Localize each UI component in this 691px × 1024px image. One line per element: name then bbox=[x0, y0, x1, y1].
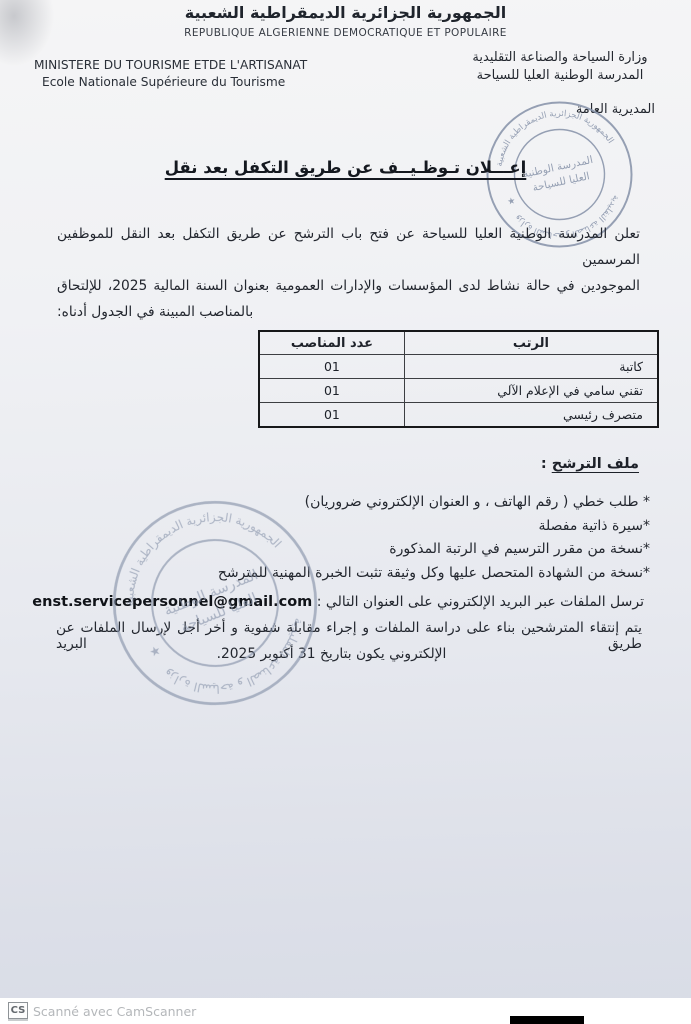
intro-paragraph: تعلن المدرسة الوطنية العليا للسياحة عن ف… bbox=[57, 221, 640, 325]
positions-table: الرتب عدد المناصب كاتبة 01 تقني سامي في … bbox=[258, 330, 659, 428]
stamp-star-icon: ★ bbox=[507, 196, 517, 207]
intro-line: الموجودين في حالة نشاط لدى المؤسسات والإ… bbox=[57, 273, 640, 299]
send-prefix-text: ترسل الملفات عبر البريد الإلكتروني على ا… bbox=[312, 594, 644, 610]
count-cell: 01 bbox=[259, 355, 404, 379]
ministry-arabic-line: وزارة السياحة والصناعة التقليدية bbox=[455, 49, 665, 67]
table-row: تقني سامي في الإعلام الآلي 01 bbox=[259, 379, 658, 403]
closing-line-2: الإلكتروني يكون بتاريخ 31 أكتوبر 2025. bbox=[0, 646, 677, 662]
send-instruction-line: ترسل الملفات عبر البريد الإلكتروني على ا… bbox=[32, 594, 644, 610]
requirement-item: *سيرة ذاتية مفصلة bbox=[218, 515, 650, 539]
count-cell: 01 bbox=[259, 403, 404, 428]
republic-title-french: REPUBLIQUE ALGERIENNE DEMOCRATIQUE ET PO… bbox=[0, 27, 691, 39]
contact-email: enst.servicepersonnel@gmail.com bbox=[32, 594, 312, 610]
republic-title-arabic: الجمهورية الجزائرية الديمقراطية الشعبية bbox=[0, 3, 691, 22]
ministry-french-line: MINISTERE DU TOURISME ETDE L'ARTISANAT bbox=[34, 57, 307, 74]
requirement-item: *نسخة من الشهادة المتحصل عليها وكل وثيقة… bbox=[218, 562, 650, 586]
requirement-item: *نسخة من مقرر الترسيم في الرتبة المذكورة bbox=[218, 538, 650, 562]
camscanner-logo-icon: CS bbox=[8, 1002, 28, 1019]
ministry-block-arabic: وزارة السياحة والصناعة التقليدية المدرسة… bbox=[455, 49, 665, 85]
scanned-document-page: الجمهورية الجزائرية الديمقراطية الشعبية … bbox=[0, 0, 691, 1024]
table-row: كاتبة 01 bbox=[259, 355, 658, 379]
count-cell: 01 bbox=[259, 379, 404, 403]
general-directorate-label: المديرية العامة bbox=[576, 102, 655, 117]
camscanner-footer-label: Scanné avec CamScanner bbox=[33, 1004, 196, 1019]
school-arabic-line: المدرسة الوطنية العليا للسياحة bbox=[455, 67, 665, 85]
requirement-item: * طلب خطي ( رقم الهاتف ، و العنوان الإلك… bbox=[218, 491, 650, 515]
school-french-line: Ecole Nationale Supérieure du Tourisme bbox=[42, 74, 307, 91]
table-header-row: الرتب عدد المناصب bbox=[259, 331, 658, 355]
intro-line: تعلن المدرسة الوطنية العليا للسياحة عن ف… bbox=[57, 221, 640, 273]
rank-cell: تقني سامي في الإعلام الآلي bbox=[404, 379, 658, 403]
application-file-heading: ملف الترشح : bbox=[541, 456, 639, 472]
footer-black-bar bbox=[510, 1016, 584, 1024]
announcement-title: إعـــلان تـوظـيــف عن طريق التكفل بعد نق… bbox=[0, 158, 691, 177]
table-row: متصرف رئيسي 01 bbox=[259, 403, 658, 428]
count-column-header: عدد المناصب bbox=[259, 331, 404, 355]
intro-line: بالمناصب المبينة في الجدول أدناه: bbox=[57, 299, 640, 325]
requirements-list: * طلب خطي ( رقم الهاتف ، و العنوان الإلك… bbox=[218, 491, 650, 585]
rank-cell: كاتبة bbox=[404, 355, 658, 379]
rank-column-header: الرتب bbox=[404, 331, 658, 355]
application-file-heading-text: ملف الترشح bbox=[552, 456, 639, 472]
ministry-block-french: MINISTERE DU TOURISME ETDE L'ARTISANAT E… bbox=[34, 57, 307, 91]
rank-cell: متصرف رئيسي bbox=[404, 403, 658, 428]
heading-colon: : bbox=[541, 456, 552, 472]
